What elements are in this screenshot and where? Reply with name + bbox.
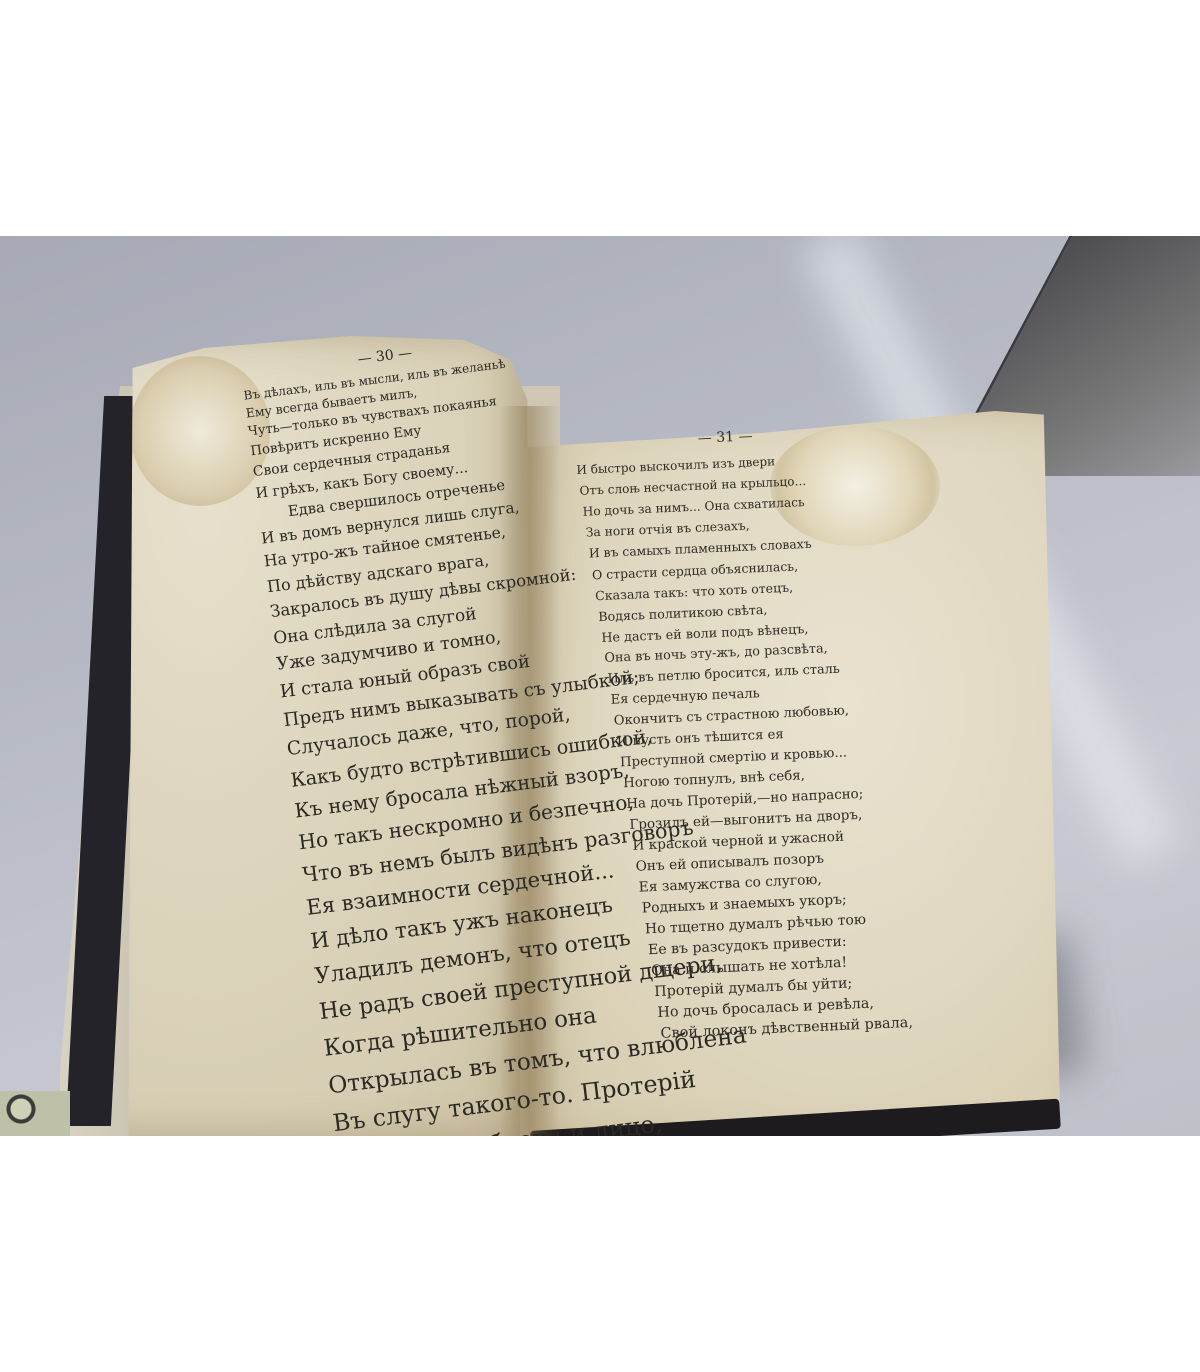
- page-number: — 31 —: [575, 423, 875, 452]
- cover-corner: [0, 1091, 70, 1136]
- book-photo: — 30 — Въ дѣлахъ, иль въ мысли, иль въ ж…: [0, 236, 1200, 1136]
- right-page-text: — 31 — И быстро выскочилъ изъ двериОтъ с…: [575, 423, 901, 1048]
